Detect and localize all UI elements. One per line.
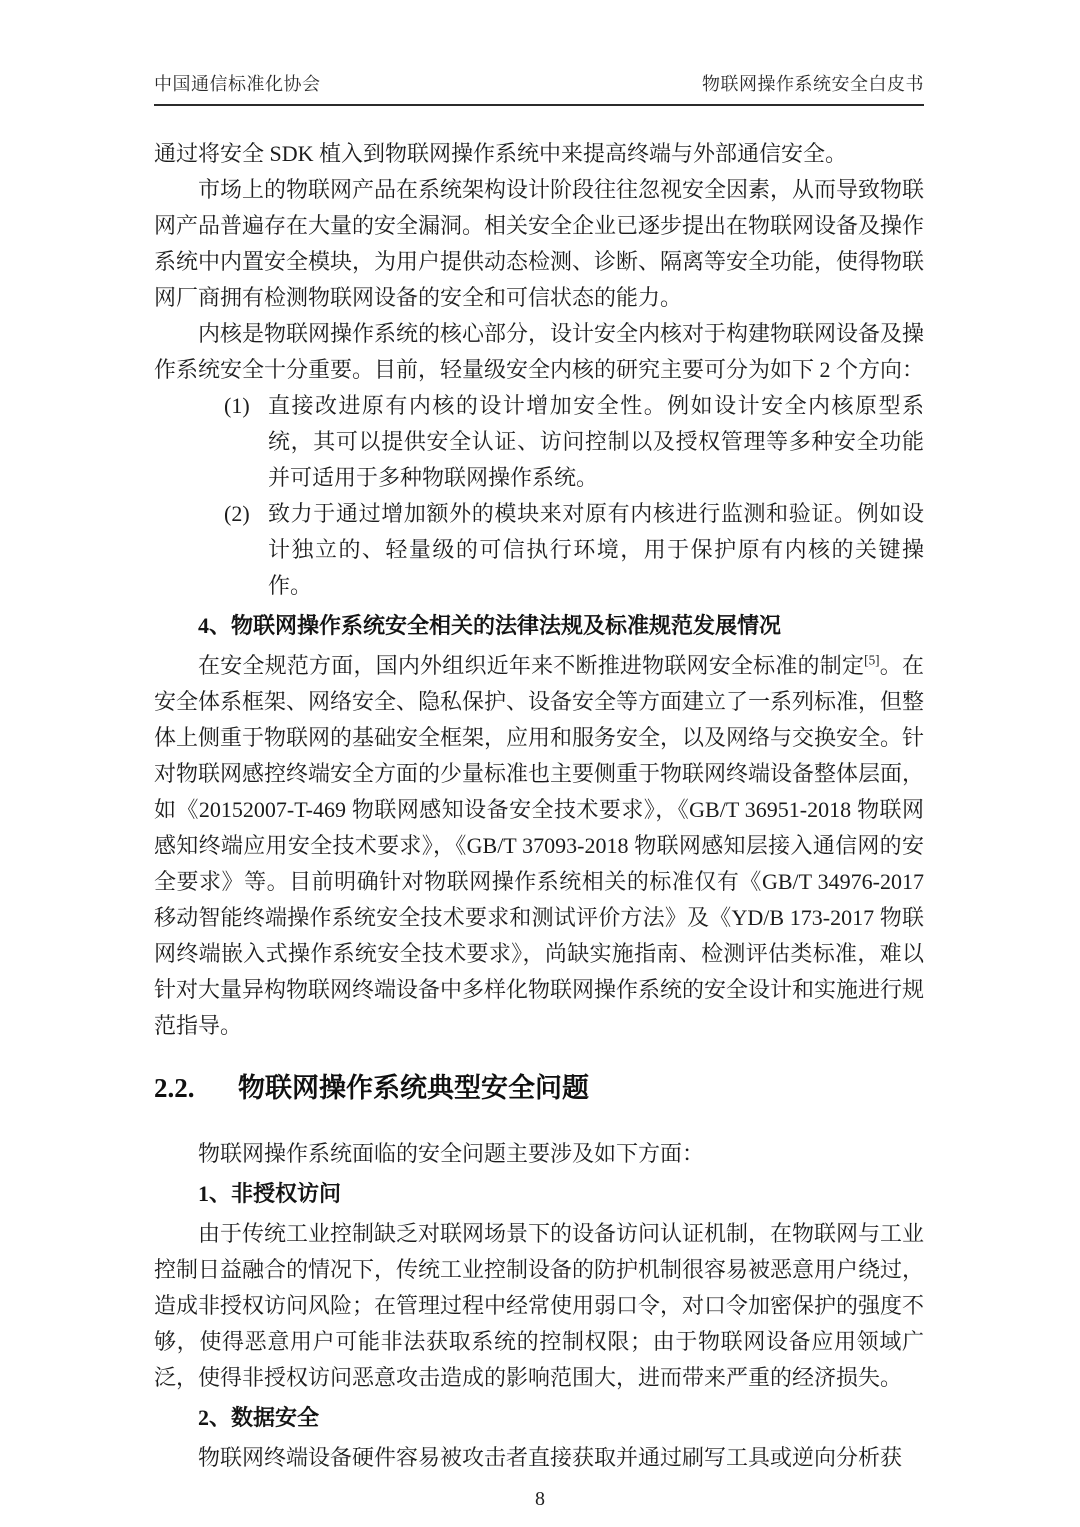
list-item-2-text: 致力于通过增加额外的模块来对原有内核进行监测和验证。例如设计独立的、轻量级的可信…	[268, 501, 924, 598]
list-item-1-number: (1)	[224, 388, 250, 424]
subheading-unauthorized-access: 1、非授权访问	[154, 1176, 924, 1212]
list-item-1-text: 直接改进原有内核的设计增加安全性。例如设计安全内核原型系统，其可以提供安全认证、…	[268, 393, 924, 490]
document-page: 中国通信标准化协会 物联网操作系统安全白皮书 通过将安全 SDK 植入到物联网操…	[0, 0, 1080, 1527]
document-body: 通过将安全 SDK 植入到物联网操作系统中来提高终端与外部通信安全。 市场上的物…	[154, 136, 924, 1476]
section-number: 2.2.	[154, 1068, 238, 1108]
paragraph-unauthorized-access: 由于传统工业控制缺乏对联网场景下的设备访问认证机制，在物联网与工业控制日益融合的…	[154, 1216, 924, 1396]
paragraph-standards: 在安全规范方面，国内外组织近年来不断推进物联网安全标准的制定[5]。在安全体系框…	[154, 648, 924, 1044]
page-header: 中国通信标准化协会 物联网操作系统安全白皮书	[154, 0, 924, 106]
list-item-2: (2) 致力于通过增加额外的模块来对原有内核进行监测和验证。例如设计独立的、轻量…	[154, 496, 924, 604]
header-left-text: 中国通信标准化协会	[154, 70, 321, 96]
list-item-2-number: (2)	[224, 496, 250, 532]
subheading-data-security: 2、数据安全	[154, 1400, 924, 1436]
header-right-text: 物联网操作系统安全白皮书	[702, 70, 924, 96]
subheading-standards: 4、物联网操作系统安全相关的法律法规及标准规范发展情况	[154, 608, 924, 644]
paragraph-overview: 物联网操作系统面临的安全问题主要涉及如下方面：	[154, 1136, 924, 1172]
section-title: 物联网操作系统典型安全问题	[238, 1073, 589, 1103]
citation-ref-5: [5]	[864, 653, 879, 668]
standards-text-after-ref: 。在安全体系框架、网络安全、隐私保护、设备安全等方面建立了一系列标准，但整体上侧…	[154, 653, 924, 1038]
section-heading-2-2: 2.2.物联网操作系统典型安全问题	[154, 1068, 924, 1108]
page-number: 8	[0, 1488, 1080, 1511]
paragraph-data-security: 物联网终端设备硬件容易被攻击者直接获取并通过刷写工具或逆向分析获	[154, 1440, 924, 1476]
paragraph-kernel: 内核是物联网操作系统的核心部分，设计安全内核对于构建物联网设备及操作系统安全十分…	[154, 316, 924, 388]
standards-text-before-ref: 在安全规范方面，国内外组织近年来不断推进物联网安全标准的制定	[198, 653, 864, 678]
paragraph-intro-continued: 通过将安全 SDK 植入到物联网操作系统中来提高终端与外部通信安全。	[154, 136, 924, 172]
paragraph-market: 市场上的物联网产品在系统架构设计阶段往往忽视安全因素，从而导致物联网产品普遍存在…	[154, 172, 924, 316]
list-item-1: (1) 直接改进原有内核的设计增加安全性。例如设计安全内核原型系统，其可以提供安…	[154, 388, 924, 496]
